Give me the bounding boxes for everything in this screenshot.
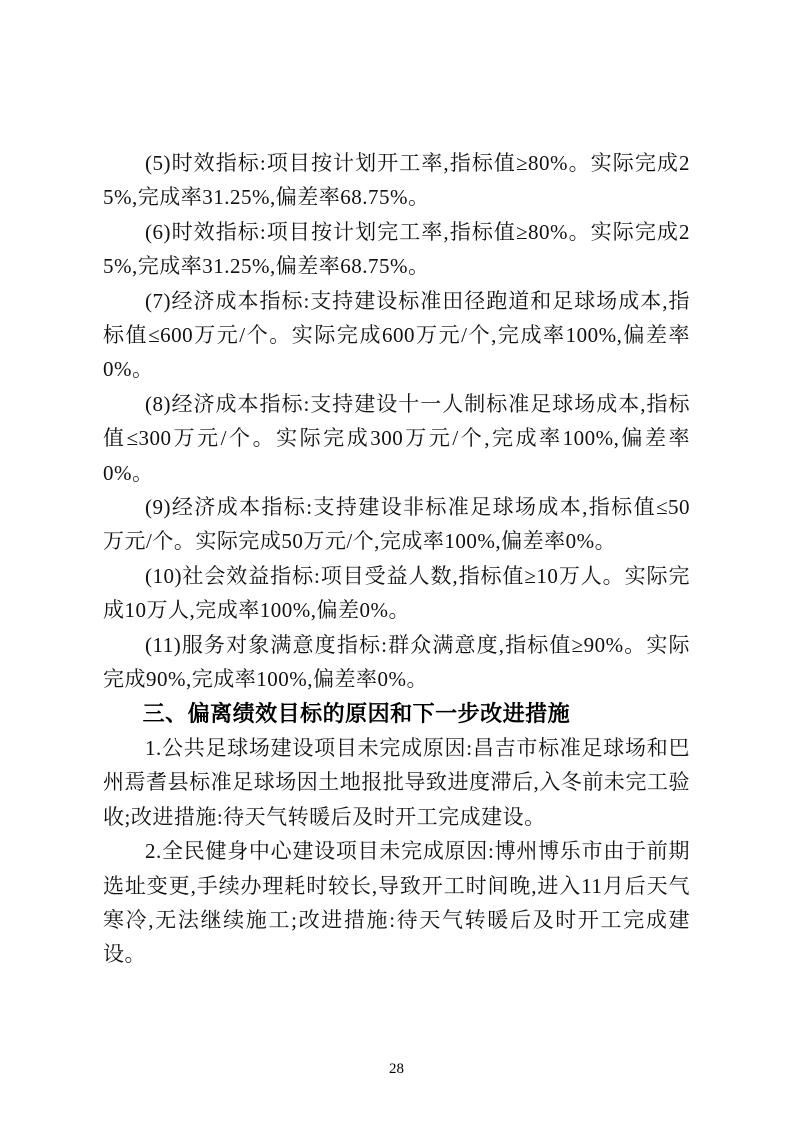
indicator-paragraph-11: (11)服务对象满意度指标:群众满意度,指标值≥90%。实际完成90%,完成率1… — [103, 628, 690, 697]
indicator-paragraph-6: (6)时效指标:项目按计划完工率,指标值≥80%。实际完成25%,完成率31.2… — [103, 215, 690, 284]
reason-paragraph-2: 2.全民健身中心建设项目未完成原因:博州博乐市由于前期选址变更,手续办理耗时较长… — [103, 834, 690, 972]
indicator-paragraph-8: (8)经济成本指标:支持建设十一人制标准足球场成本,指标值≤300万元/个。实际… — [103, 387, 690, 490]
indicator-paragraph-7: (7)经济成本指标:支持建设标准田径跑道和足球场成本,指标值≤600万元/个。实… — [103, 284, 690, 387]
document-text-block: (5)时效指标:项目按计划开工率,指标值≥80%。实际完成25%,完成率31.2… — [103, 146, 690, 972]
page-footer: 28 — [0, 1060, 793, 1078]
document-page: (5)时效指标:项目按计划开工率,指标值≥80%。实际完成25%,完成率31.2… — [0, 0, 793, 1126]
page-number: 28 — [389, 1061, 404, 1077]
reason-paragraph-1: 1.公共足球场建设项目未完成原因:昌吉市标准足球场和巴州焉耆县标准足球场因土地报… — [103, 731, 690, 834]
indicator-paragraph-5: (5)时效指标:项目按计划开工率,指标值≥80%。实际完成25%,完成率31.2… — [103, 146, 690, 215]
section-heading: 三、偏离绩效目标的原因和下一步改进措施 — [103, 697, 690, 731]
indicator-paragraph-9: (9)经济成本指标:支持建设非标准足球场成本,指标值≤50万元/个。实际完成50… — [103, 490, 690, 559]
indicator-paragraph-10: (10)社会效益指标:项目受益人数,指标值≥10万人。实际完成10万人,完成率1… — [103, 559, 690, 628]
